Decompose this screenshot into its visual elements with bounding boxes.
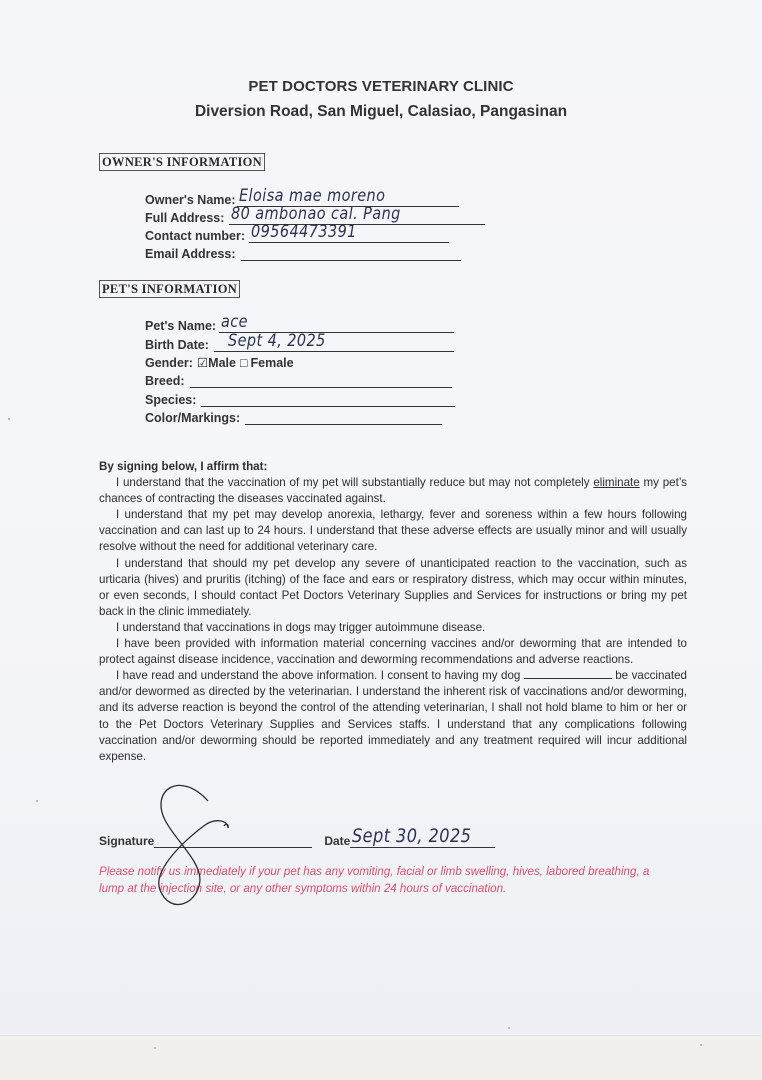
female-checkbox[interactable]: □ <box>240 356 248 370</box>
date-label: Date <box>324 834 350 848</box>
scan-speck <box>36 800 38 802</box>
owner-section-heading: OWNER'S INFORMATION <box>99 153 265 171</box>
color-markings-label: Color/Markings: <box>145 411 240 425</box>
species-field[interactable]: Species: <box>145 389 455 407</box>
male-checkbox[interactable]: ☑ <box>197 355 208 370</box>
signature-line[interactable] <box>154 836 312 848</box>
p1-underlined-word: eliminate <box>593 476 639 489</box>
birth-date-label: Birth Date: <box>145 338 209 352</box>
signature-label: Signature <box>99 834 154 848</box>
affirmation-paragraph-1: I understand that the vaccination of my … <box>99 475 687 507</box>
affirmation-block: By signing below, I affirm that: I under… <box>99 459 687 765</box>
affirmation-paragraph-2: I understand that my pet may develop ano… <box>99 507 687 555</box>
female-option-label: Female <box>251 356 294 370</box>
date-value: Sept 30, 2025 <box>352 825 471 847</box>
pet-name-value: ace <box>221 312 248 332</box>
species-line[interactable] <box>201 393 455 407</box>
male-option-label: Male <box>208 356 236 370</box>
birth-date-line[interactable]: Sept 4, 2025 <box>214 338 454 352</box>
owner-name-value: Eloisa mae moreno <box>239 186 385 206</box>
color-markings-field[interactable]: Color/Markings: <box>145 407 442 425</box>
full-address-label: Full Address: <box>145 211 224 225</box>
dog-name-blank[interactable] <box>524 669 612 679</box>
pet-section-heading: PET'S INFORMATION <box>99 280 240 298</box>
date-line[interactable]: Sept 30, 2025 <box>350 836 495 848</box>
clinic-address: Diversion Road, San Miguel, Calasiao, Pa… <box>0 103 762 121</box>
p6-before: I have read and understand the above inf… <box>116 669 524 682</box>
affirmation-intro: By signing below, I affirm that: <box>99 459 687 475</box>
p1-text: I understand that the vaccination of my … <box>116 476 593 489</box>
affirmation-paragraph-4: I understand that vaccinations in dogs m… <box>99 620 687 636</box>
affirmation-paragraph-3: I understand that should my pet develop … <box>99 556 687 620</box>
scanner-background <box>0 1035 762 1080</box>
scan-speck <box>508 1027 510 1029</box>
breed-label: Breed: <box>145 374 185 388</box>
pet-name-label: Pet's Name: <box>145 319 216 333</box>
clinic-name: PET DOCTORS VETERINARY CLINIC <box>0 78 762 95</box>
contact-number-value: 09564473391 <box>251 222 357 242</box>
scan-speck <box>154 1047 156 1049</box>
owner-name-label: Owner's Name: <box>145 193 236 207</box>
email-address-line[interactable] <box>241 247 461 261</box>
p6-after: be vaccinated and/or dewormed as directe… <box>99 669 687 762</box>
post-vaccination-notice: Please notify us immediately if your pet… <box>99 864 659 897</box>
contact-number-line[interactable]: 09564473391 <box>249 229 449 243</box>
breed-line[interactable] <box>190 374 452 388</box>
email-address-field[interactable]: Email Address: <box>145 243 461 261</box>
birth-date-field[interactable]: Birth Date: Sept 4, 2025 <box>145 334 454 352</box>
scan-speck <box>8 418 10 420</box>
gender-field: Gender: ☑ Male □ Female <box>145 352 294 370</box>
scan-speck <box>700 1044 702 1046</box>
contact-number-field[interactable]: Contact number: 09564473391 <box>145 225 449 243</box>
gender-label: Gender: <box>145 356 193 370</box>
affirmation-paragraph-6: I have read and understand the above inf… <box>99 668 687 765</box>
breed-field[interactable]: Breed: <box>145 370 452 388</box>
email-address-label: Email Address: <box>145 247 236 261</box>
full-address-value: 80 ambonao cal. Pang <box>231 204 401 224</box>
species-label: Species: <box>145 393 196 407</box>
color-markings-line[interactable] <box>245 411 442 425</box>
birth-date-value: Sept 4, 2025 <box>228 331 326 351</box>
affirmation-paragraph-5: I have been provided with information ma… <box>99 636 687 668</box>
signature-row: Signature Date Sept 30, 2025 <box>99 830 495 848</box>
contact-number-label: Contact number: <box>145 229 245 243</box>
